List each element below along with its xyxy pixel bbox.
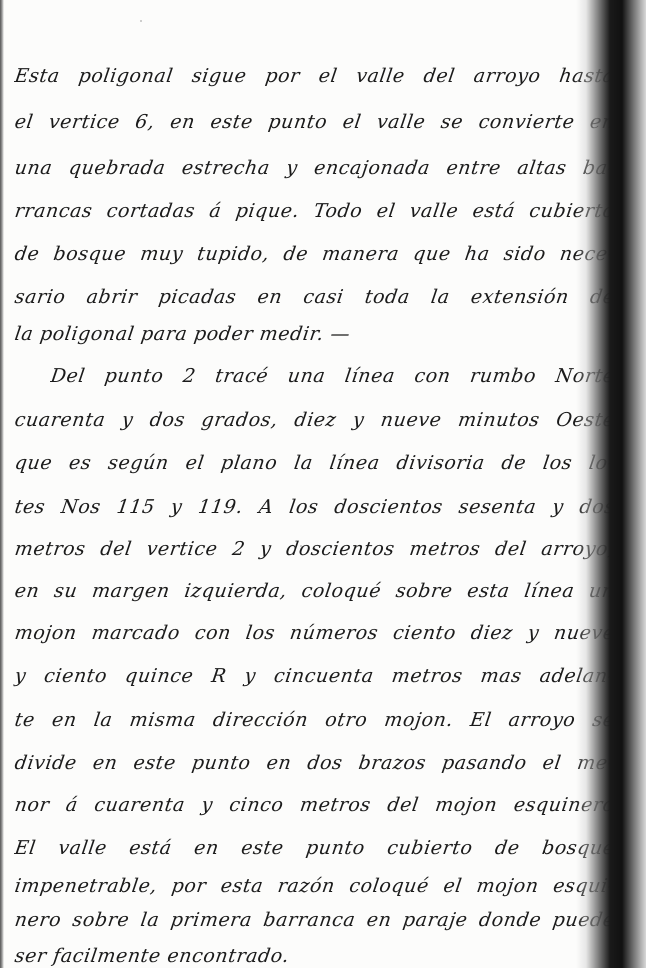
text-line-13-content: en su margen izquierda, coloqué sobre es… [12, 571, 618, 611]
text-line-10-content: que es según el plano la línea divisoria… [12, 443, 618, 483]
text-line-4-content: rrancas cortadas á pique. Todo el valle … [12, 191, 618, 231]
text-line-19-content: El valle está en este punto cubierto de … [12, 828, 618, 868]
text-line-4: rrancas cortadas á pique. Todo el valle … [12, 191, 618, 231]
text-line-8: Del punto 2 tracé una línea con rumbo No… [48, 356, 618, 396]
text-line-2-content: el vertice 6, en este punto el valle se … [12, 102, 618, 142]
text-line-6-content: sario abrir picadas en casi toda la exte… [12, 277, 618, 317]
text-line-7: la poligonal para poder medir. — [12, 314, 618, 354]
text-line-19: El valle está en este punto cubierto de … [12, 828, 618, 868]
text-line-14-content: mojon marcado con los números ciento die… [12, 613, 618, 653]
text-line-13: en su margen izquierda, coloqué sobre es… [12, 571, 618, 611]
text-line-12-content: metros del vertice 2 y doscientos metros… [12, 529, 618, 569]
text-line-11-content: tes Nos 115 y 119. A los doscientos sese… [12, 487, 618, 527]
text-line-11: tes Nos 115 y 119. A los doscientos sese… [12, 487, 618, 527]
paper-speck [300, 545, 302, 547]
text-line-16-content: te en la misma dirección otro mojon. El … [12, 700, 618, 740]
text-line-9-content: cuarenta y dos grados, diez y nueve minu… [12, 400, 618, 440]
text-line-17-content: divide en este punto en dos brazos pasan… [12, 743, 618, 783]
manuscript-page: Esta poligonal sigue por el valle del ar… [0, 0, 646, 968]
text-line-21-content: nero sobre la primera barranca en paraje… [12, 900, 618, 940]
paper-speck [90, 960, 92, 962]
text-line-1-content: Esta poligonal sigue por el valle del ar… [12, 56, 618, 96]
text-line-14: mojon marcado con los números ciento die… [12, 613, 618, 653]
text-line-5: de bosque muy tupido, de manera que ha s… [12, 234, 618, 274]
text-line-21: nero sobre la primera barranca en paraje… [12, 900, 618, 940]
text-line-17: divide en este punto en dos brazos pasan… [12, 743, 618, 783]
text-line-1: Esta poligonal sigue por el valle del ar… [12, 56, 618, 96]
text-line-6: sario abrir picadas en casi toda la exte… [12, 277, 618, 317]
paper-speck [140, 20, 142, 22]
page-left-edge [0, 0, 4, 968]
text-line-22-content: ser facilmente encontrado. [12, 936, 618, 968]
text-line-22: ser facilmente encontrado. [12, 936, 618, 968]
text-line-12: metros del vertice 2 y doscientos metros… [12, 529, 618, 569]
text-line-5-content: de bosque muy tupido, de manera que ha s… [12, 234, 618, 274]
text-line-15-content: y ciento quince R y cincuenta metros mas… [12, 656, 618, 696]
text-line-18-content: nor á cuarenta y cinco metros del mojon … [12, 785, 618, 825]
text-line-8-content: Del punto 2 tracé una línea con rumbo No… [48, 356, 618, 396]
text-line-9: cuarenta y dos grados, diez y nueve minu… [12, 400, 618, 440]
text-line-16: te en la misma dirección otro mojon. El … [12, 700, 618, 740]
text-line-3-content: una quebrada estrecha y encajonada entre… [12, 148, 618, 188]
paper-speck [520, 460, 522, 462]
text-line-2: el vertice 6, en este punto el valle se … [12, 102, 618, 142]
book-binding-shadow [576, 0, 646, 968]
text-line-3: una quebrada estrecha y encajonada entre… [12, 148, 618, 188]
text-line-10: que es según el plano la línea divisoria… [12, 443, 618, 483]
text-line-18: nor á cuarenta y cinco metros del mojon … [12, 785, 618, 825]
text-line-7-content: la poligonal para poder medir. — [12, 314, 618, 354]
text-line-15: y ciento quince R y cincuenta metros mas… [12, 656, 618, 696]
